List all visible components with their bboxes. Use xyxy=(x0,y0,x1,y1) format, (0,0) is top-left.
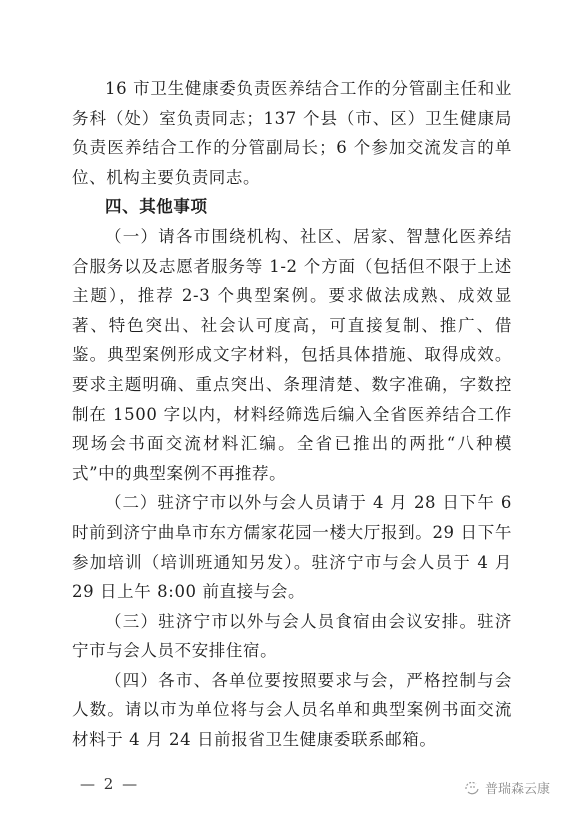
page-number: — 2 — xyxy=(80,775,139,793)
watermark: 普瑞森云康 xyxy=(463,778,550,797)
paragraph-item-2: （二）驻济宁市以外与会人员请于 4 月 28 日下午 6 时前到济宁曲阜市东方儒… xyxy=(72,488,512,606)
paragraph-attendees: 16 市卫生健康委负责医养结合工作的分管副主任和业务科（处）室负责同志；137 … xyxy=(72,74,512,192)
wechat-official-account-icon xyxy=(463,780,481,796)
document-page: 16 市卫生健康委负责医养结合工作的分管副主任和业务科（处）室负责同志；137 … xyxy=(72,74,512,755)
section-heading-other-matters: 四、其他事项 xyxy=(72,192,512,222)
paragraph-item-4: （四）各市、各单位要按照要求与会，严格控制与会人数。请以市为单位将与会人员名单和… xyxy=(72,666,512,755)
paragraph-item-3: （三）驻济宁市以外与会人员食宿由会议安排。驻济宁市与会人员不安排住宿。 xyxy=(72,607,512,666)
watermark-text: 普瑞森云康 xyxy=(485,778,550,797)
paragraph-item-1: （一）请各市围绕机构、社区、居家、智慧化医养结合服务以及志愿者服务等 1-2 个… xyxy=(72,222,512,488)
